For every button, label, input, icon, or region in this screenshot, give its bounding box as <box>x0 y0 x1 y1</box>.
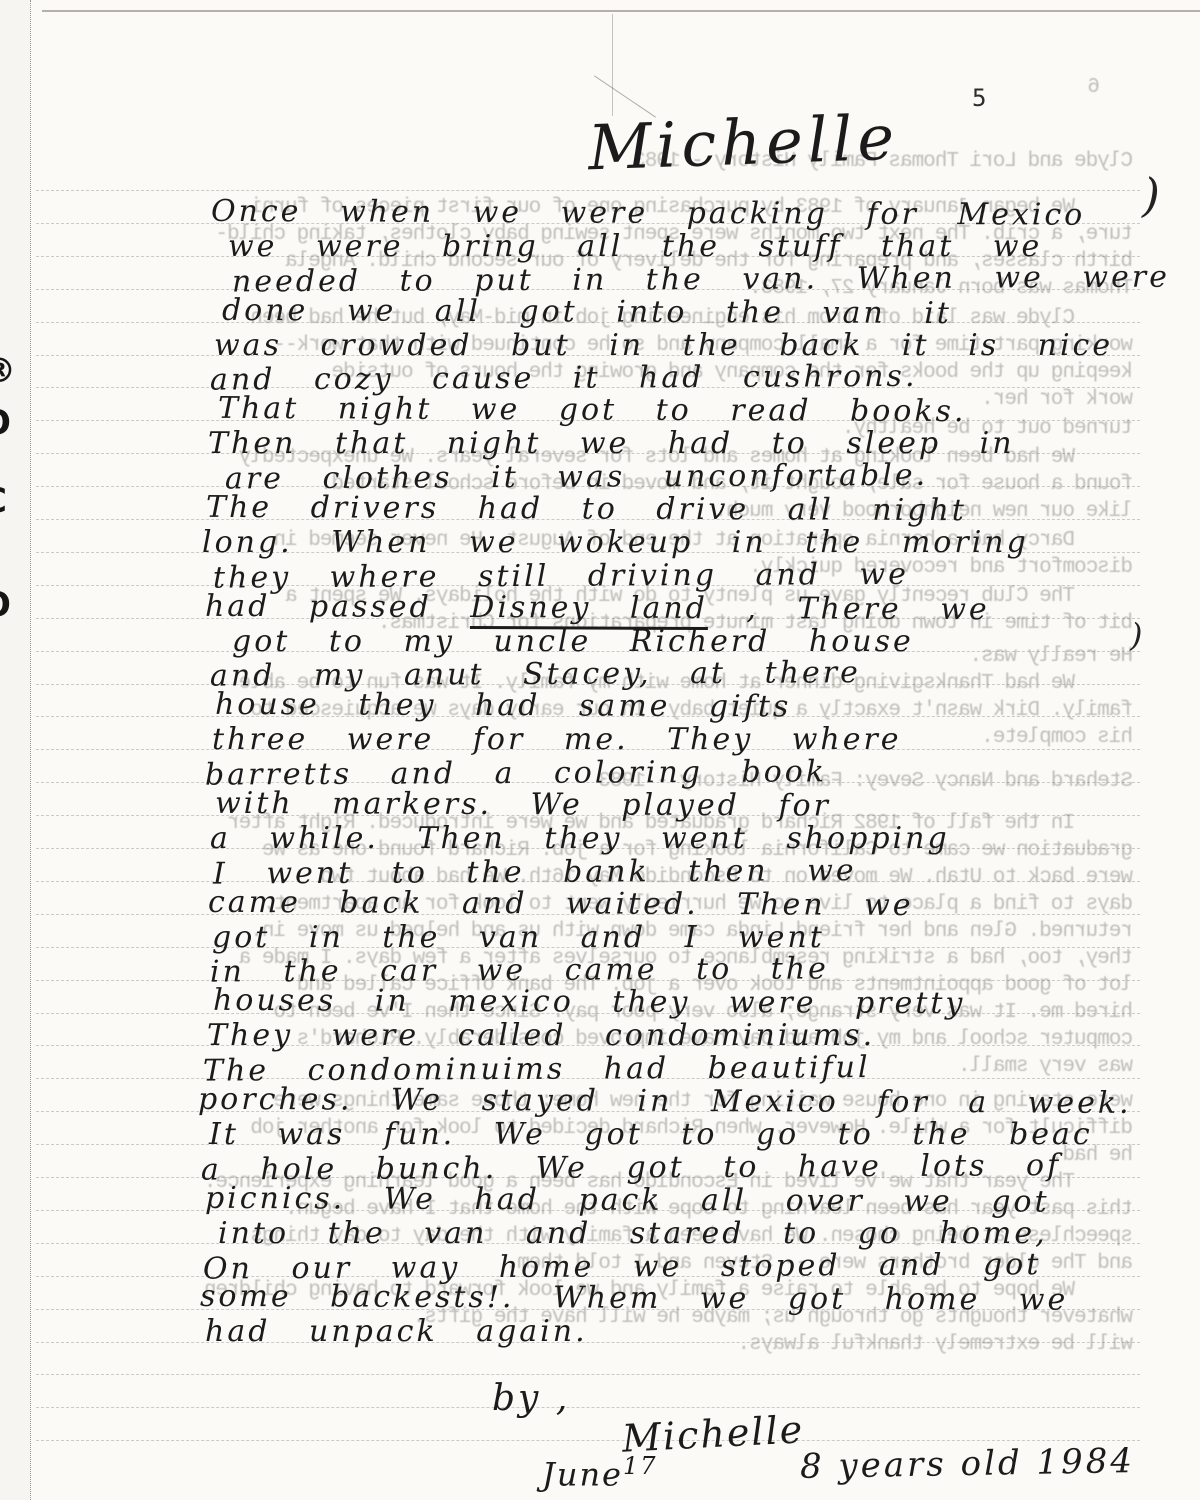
handwritten-line: with markers. We played for <box>215 786 1195 823</box>
signature-date: June17 <box>542 1452 658 1494</box>
scanned-page: ®IOIICIIIO 6Clyde and Lori Thomas Family… <box>0 0 1200 1500</box>
handwritten-line: some backests!. Whem we got home we <box>200 1279 1195 1316</box>
ruled-line <box>36 1440 1140 1441</box>
ruled-line <box>36 1374 1140 1375</box>
page-number: 5 <box>972 84 986 112</box>
handwritten-line: we were bring all the stuff that we <box>228 229 1195 262</box>
handwritten-line: a while. Then they went shopping <box>210 821 1195 854</box>
story-title: Michelle <box>587 101 900 185</box>
stray-pen-mark: ) <box>1142 168 1160 222</box>
crease-line <box>612 14 613 116</box>
signature-by: by , <box>492 1378 570 1419</box>
spine-glyph: ® <box>0 358 30 384</box>
handwritten-line: picnics. We had pack all over we got <box>205 1181 1195 1218</box>
handwritten-line: long. When we wokeup in the moring <box>202 525 1195 558</box>
ghost-typed-line: 6 <box>1088 76 1100 99</box>
handwritten-line: had unpack again. <box>205 1314 1195 1347</box>
handwritten-line: barretts and a coloring book <box>205 753 1195 791</box>
handwritten-line: The drivers had to drive all night <box>206 490 1195 527</box>
handwritten-line: got to my uncle Richerd house <box>232 624 1195 657</box>
ruled-line <box>36 190 1140 191</box>
handwritten-line: got in the van and I went <box>212 920 1195 953</box>
handwritten-line: was crowded but in the back it is nice <box>214 328 1195 361</box>
handwritten-line: Then that night we had to sleep in <box>208 426 1195 459</box>
spine-glyph: O <box>0 592 30 618</box>
handwritten-line: into the van and stared to go home, <box>218 1216 1195 1249</box>
spine-partial-letters: ®IOIICIIIO <box>0 358 30 618</box>
handwritten-line: porches. We stayed in Mexico for a week. <box>198 1082 1195 1119</box>
stray-pen-mark: ) <box>1130 616 1142 654</box>
handwritten-line: in the car we came to the <box>210 950 1195 988</box>
handwritten-line: and my anut Stacey, at there <box>210 654 1195 692</box>
handwritten-line: and cozy cause it had cushrons. <box>210 358 1195 396</box>
handwritten-line: It was fun. We got to go to the beac <box>209 1117 1195 1150</box>
story-lines: Once when we were packing for Mexicowe w… <box>205 196 1195 1347</box>
signature-date-month: June <box>542 1456 623 1494</box>
handwritten-line: They were called condominiums. <box>207 1018 1195 1051</box>
handwritten-line: houses in mexico they were pretty <box>213 983 1195 1020</box>
handwritten-line: On our way home we stoped and got <box>203 1246 1195 1284</box>
handwritten-line: a hole bunch. We got to have lots of <box>201 1147 1195 1185</box>
underlined-phrase: Disney land <box>470 590 708 630</box>
handwritten-line: I went to the bank then we <box>213 851 1195 889</box>
handwritten-line: they where still driving and we <box>213 555 1195 593</box>
book-spine-edge: ®IOIICIIIO <box>0 0 31 1500</box>
signature-date-day: 17 <box>623 1452 658 1480</box>
handwritten-line: are clothes it was unconfortable. <box>225 457 1195 495</box>
spine-glyph: O <box>0 410 30 436</box>
line-text: , There we <box>708 591 990 627</box>
handwritten-line: came back and waited. Then we <box>208 885 1195 922</box>
ruled-line <box>36 1407 1140 1408</box>
handwritten-line: Once when we were packing for Mexico <box>211 194 1195 231</box>
handwritten-line: house they had same gifts <box>215 687 1195 724</box>
line-text: had passed <box>205 589 470 625</box>
spine-glyph: I <box>0 540 30 566</box>
handwritten-line: three were for me. They where <box>212 722 1195 755</box>
handwritten-line: The condominuims had beautiful <box>203 1049 1195 1087</box>
handwritten-line: had passed Disney land , There we <box>205 589 1195 626</box>
spine-glyph: C <box>0 488 30 514</box>
page-top-edge <box>42 10 1200 12</box>
handwritten-line: needed to put in the van. When we were <box>232 259 1195 297</box>
handwritten-line: That night we got to read books. <box>218 391 1195 428</box>
handwritten-line: done we all got into the van it <box>222 293 1195 330</box>
signature-age: 8 years old 1984 <box>800 1441 1136 1487</box>
